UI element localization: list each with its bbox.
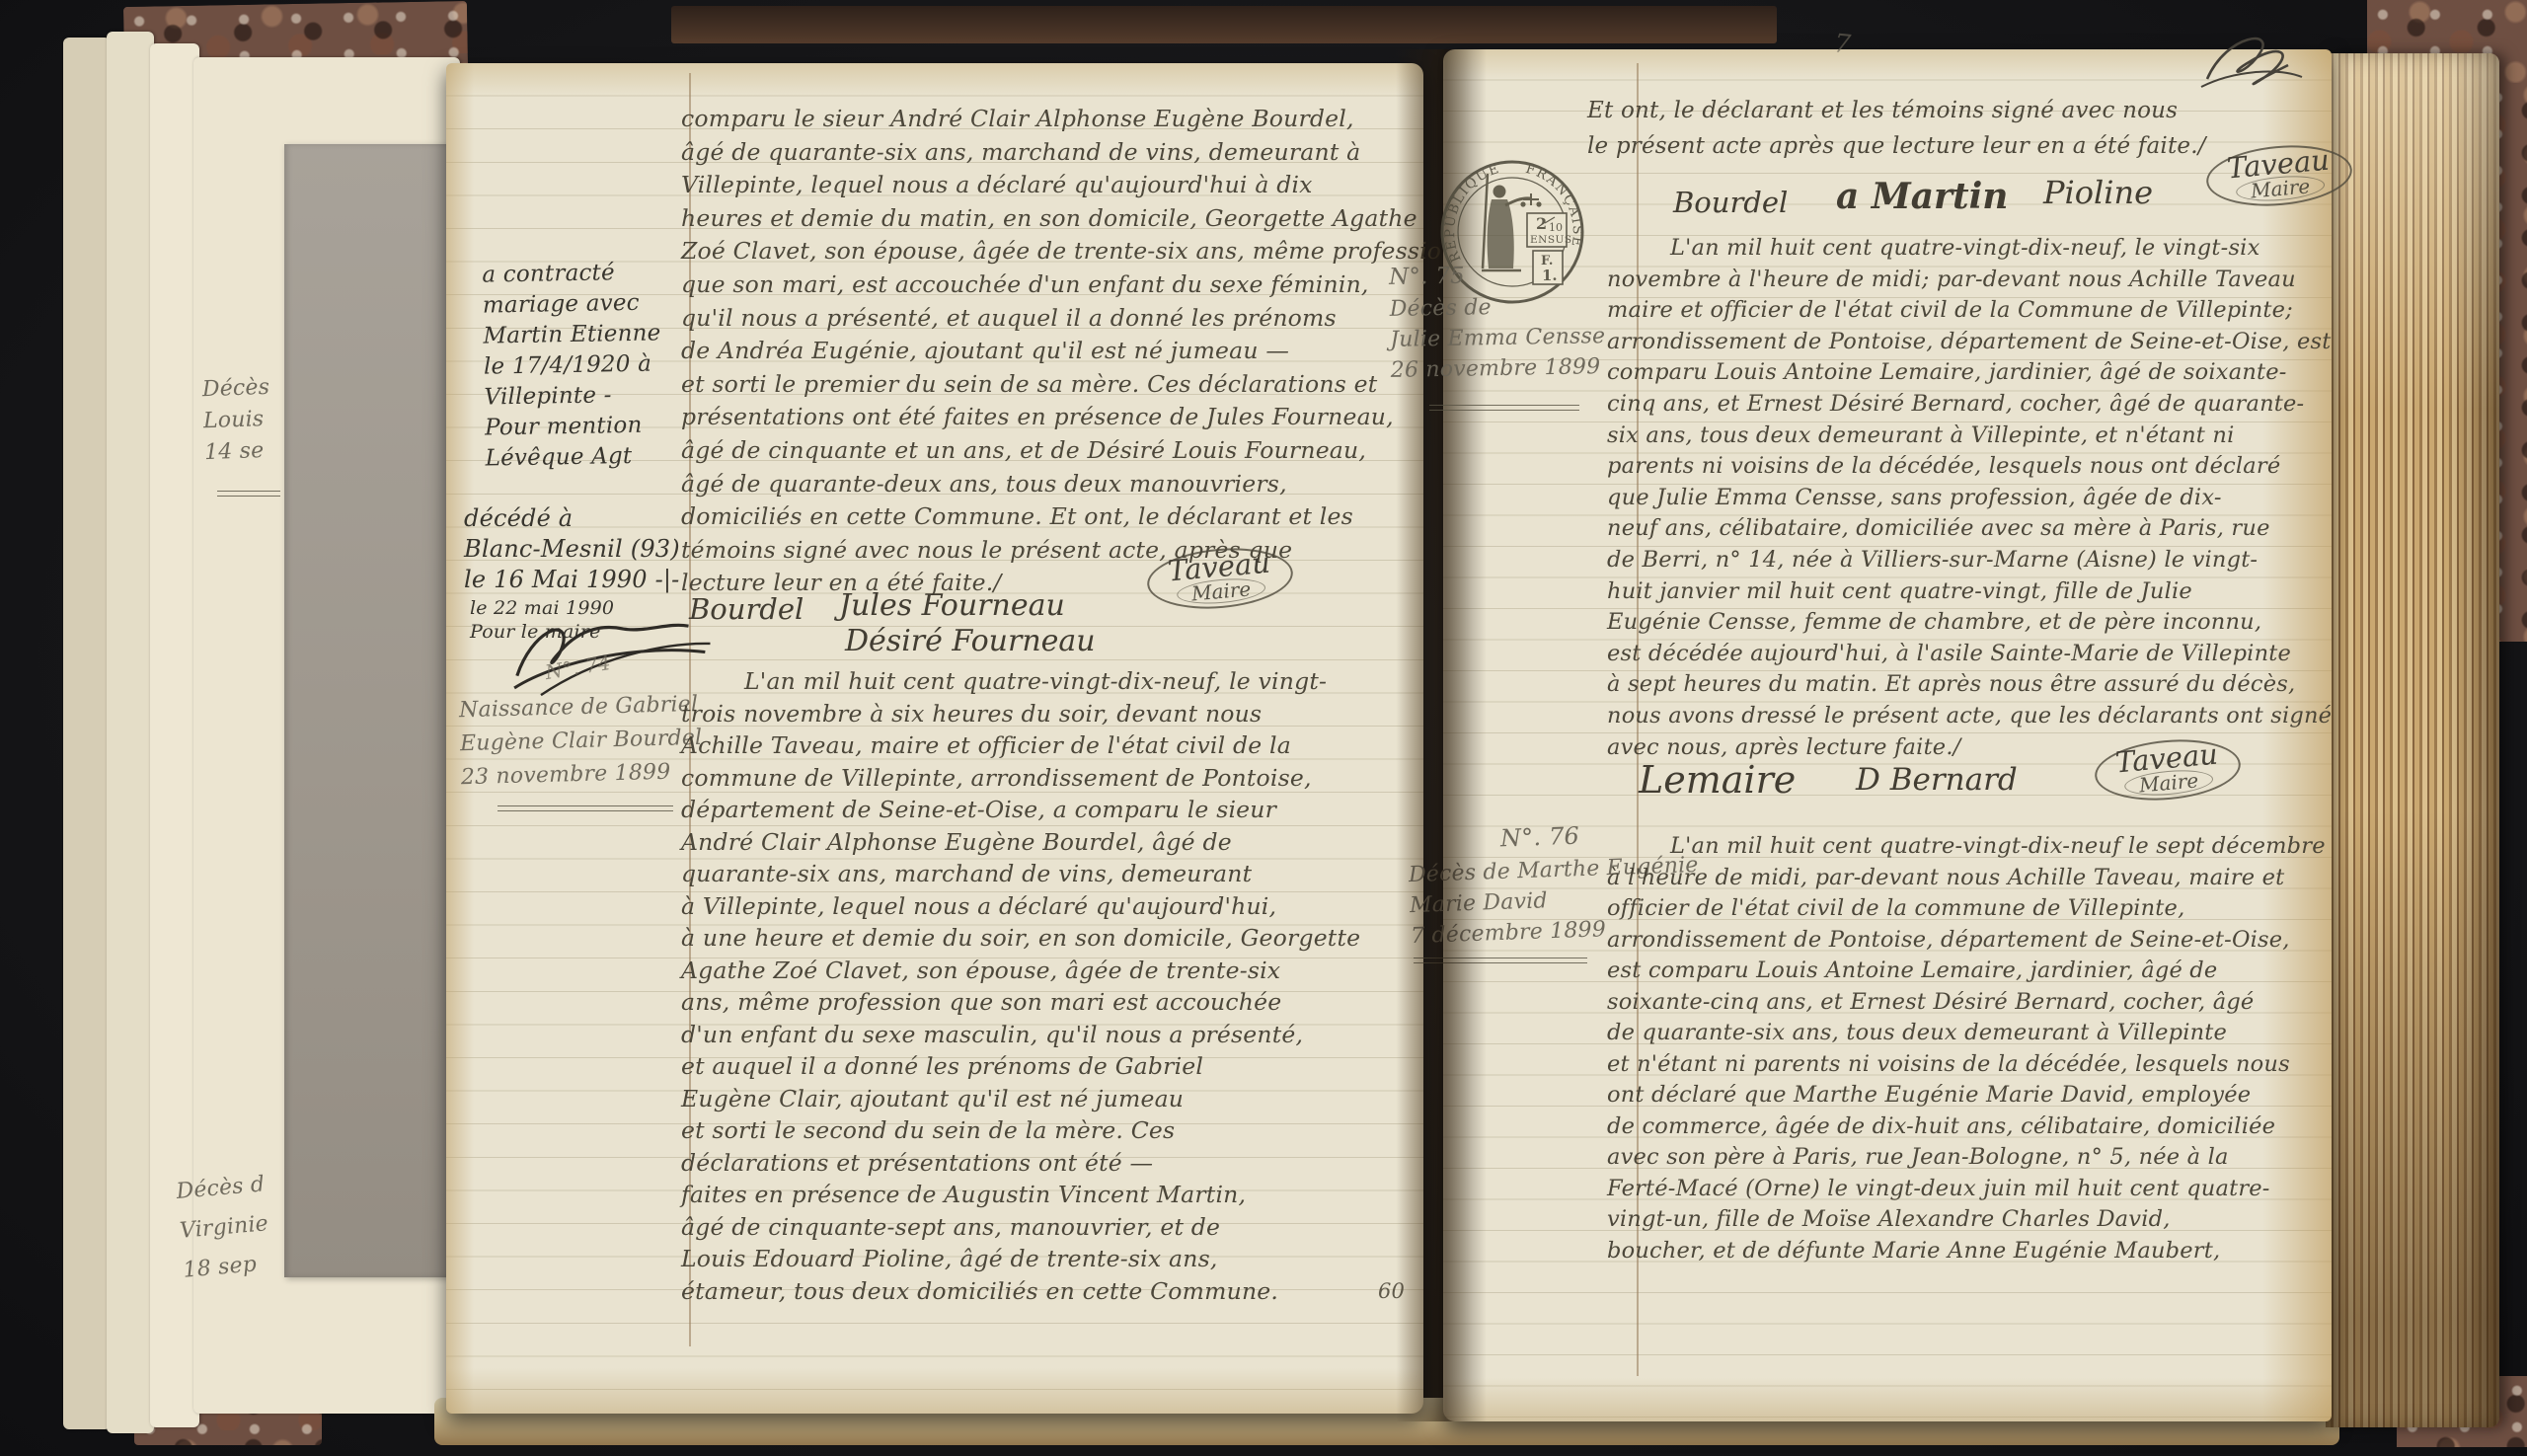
under-page-note-rule [217, 491, 280, 497]
notary-paraph-icon [2193, 22, 2312, 105]
stamp-denom-2: 2 [1536, 214, 1547, 233]
fore-edge-page-stack [2326, 53, 2499, 1427]
mayor-signature-stamp: Taveau Maire [2093, 734, 2244, 806]
page-edge-sheet [107, 32, 154, 1433]
under-page-note-death-louis: DécèsLouis14 se [201, 372, 272, 469]
signature-desire-fourneau: Désiré Fourneau [845, 624, 1096, 658]
signature-lemaire: Lemaire [1639, 758, 1796, 802]
act-birth-gabriel-end-text: Et ont, le déclarant et les témoins sign… [1587, 93, 2206, 164]
margin-note-marriage-1920: a contractémariage avecMartin Etiennele … [482, 257, 663, 474]
signature-bourdel: Bourdel [689, 592, 804, 626]
signature-bourdel: Bourdel [1673, 186, 1788, 219]
margin-caption-death-censse: Décès deJulie Emma Censse26 novembre 189… [1389, 290, 1606, 386]
margin-act-number-75: N°. 75 [1389, 261, 1604, 290]
margin-caption-rule [498, 805, 673, 811]
signature-bernard: D Bernard [1856, 762, 2018, 798]
act-birth-andrea-text: comparu le sieur André Clair Alphonse Eu… [681, 103, 1457, 600]
folio-corner-mark: 7 [1832, 29, 1852, 60]
stamp-denom-label: ENSUS [1530, 234, 1572, 246]
inserted-gray-card [284, 144, 450, 1277]
margin-caption-rule [1429, 405, 1579, 411]
signature-pioline: Pioline [2043, 174, 2153, 211]
margin-act-number-76: N°. 76 [1500, 822, 1580, 853]
margin-note-death-1990: décédé àBlanc-Mesnil (93)le 16 Mai 1990 … [464, 503, 680, 595]
register-photo: DécèsLouis14 se Décès dVirginie18 sep a … [0, 0, 2527, 1456]
act-birth-gabriel-text: L'an mil huit cent quatre-vingt-dix-neuf… [681, 665, 1360, 1307]
margin-caption-rule [1414, 958, 1587, 963]
act-death-censse-text: L'an mil huit cent quatre-vingt-dix-neuf… [1607, 233, 2332, 763]
margin-caption-birth-gabriel: Naissance de GabrielEugène Clair Bourdel… [459, 688, 704, 795]
signature-jules-fourneau: Jules Fourneau [839, 588, 1065, 623]
page-number: 60 [1378, 1279, 1405, 1303]
under-page-note-death-virginie: Décès dVirginie18 sep [175, 1165, 273, 1290]
act-death-david-text: L'an mil huit cent quatre-vingt-dix-neuf… [1607, 831, 2326, 1266]
margin-caption-act75: N°. 75 Décès deJulie Emma Censse26 novem… [1389, 261, 1606, 386]
cover-spine-strip [671, 6, 1777, 43]
page-edge-sheet [63, 38, 111, 1429]
signature-a-martin: a Martin [1836, 176, 2008, 217]
left-page: a contractémariage avecMartin Etiennele … [446, 63, 1423, 1414]
stamp-denom-10: 10 [1549, 221, 1563, 234]
mayor-signature-stamp: Taveau Maire [1145, 543, 1296, 615]
